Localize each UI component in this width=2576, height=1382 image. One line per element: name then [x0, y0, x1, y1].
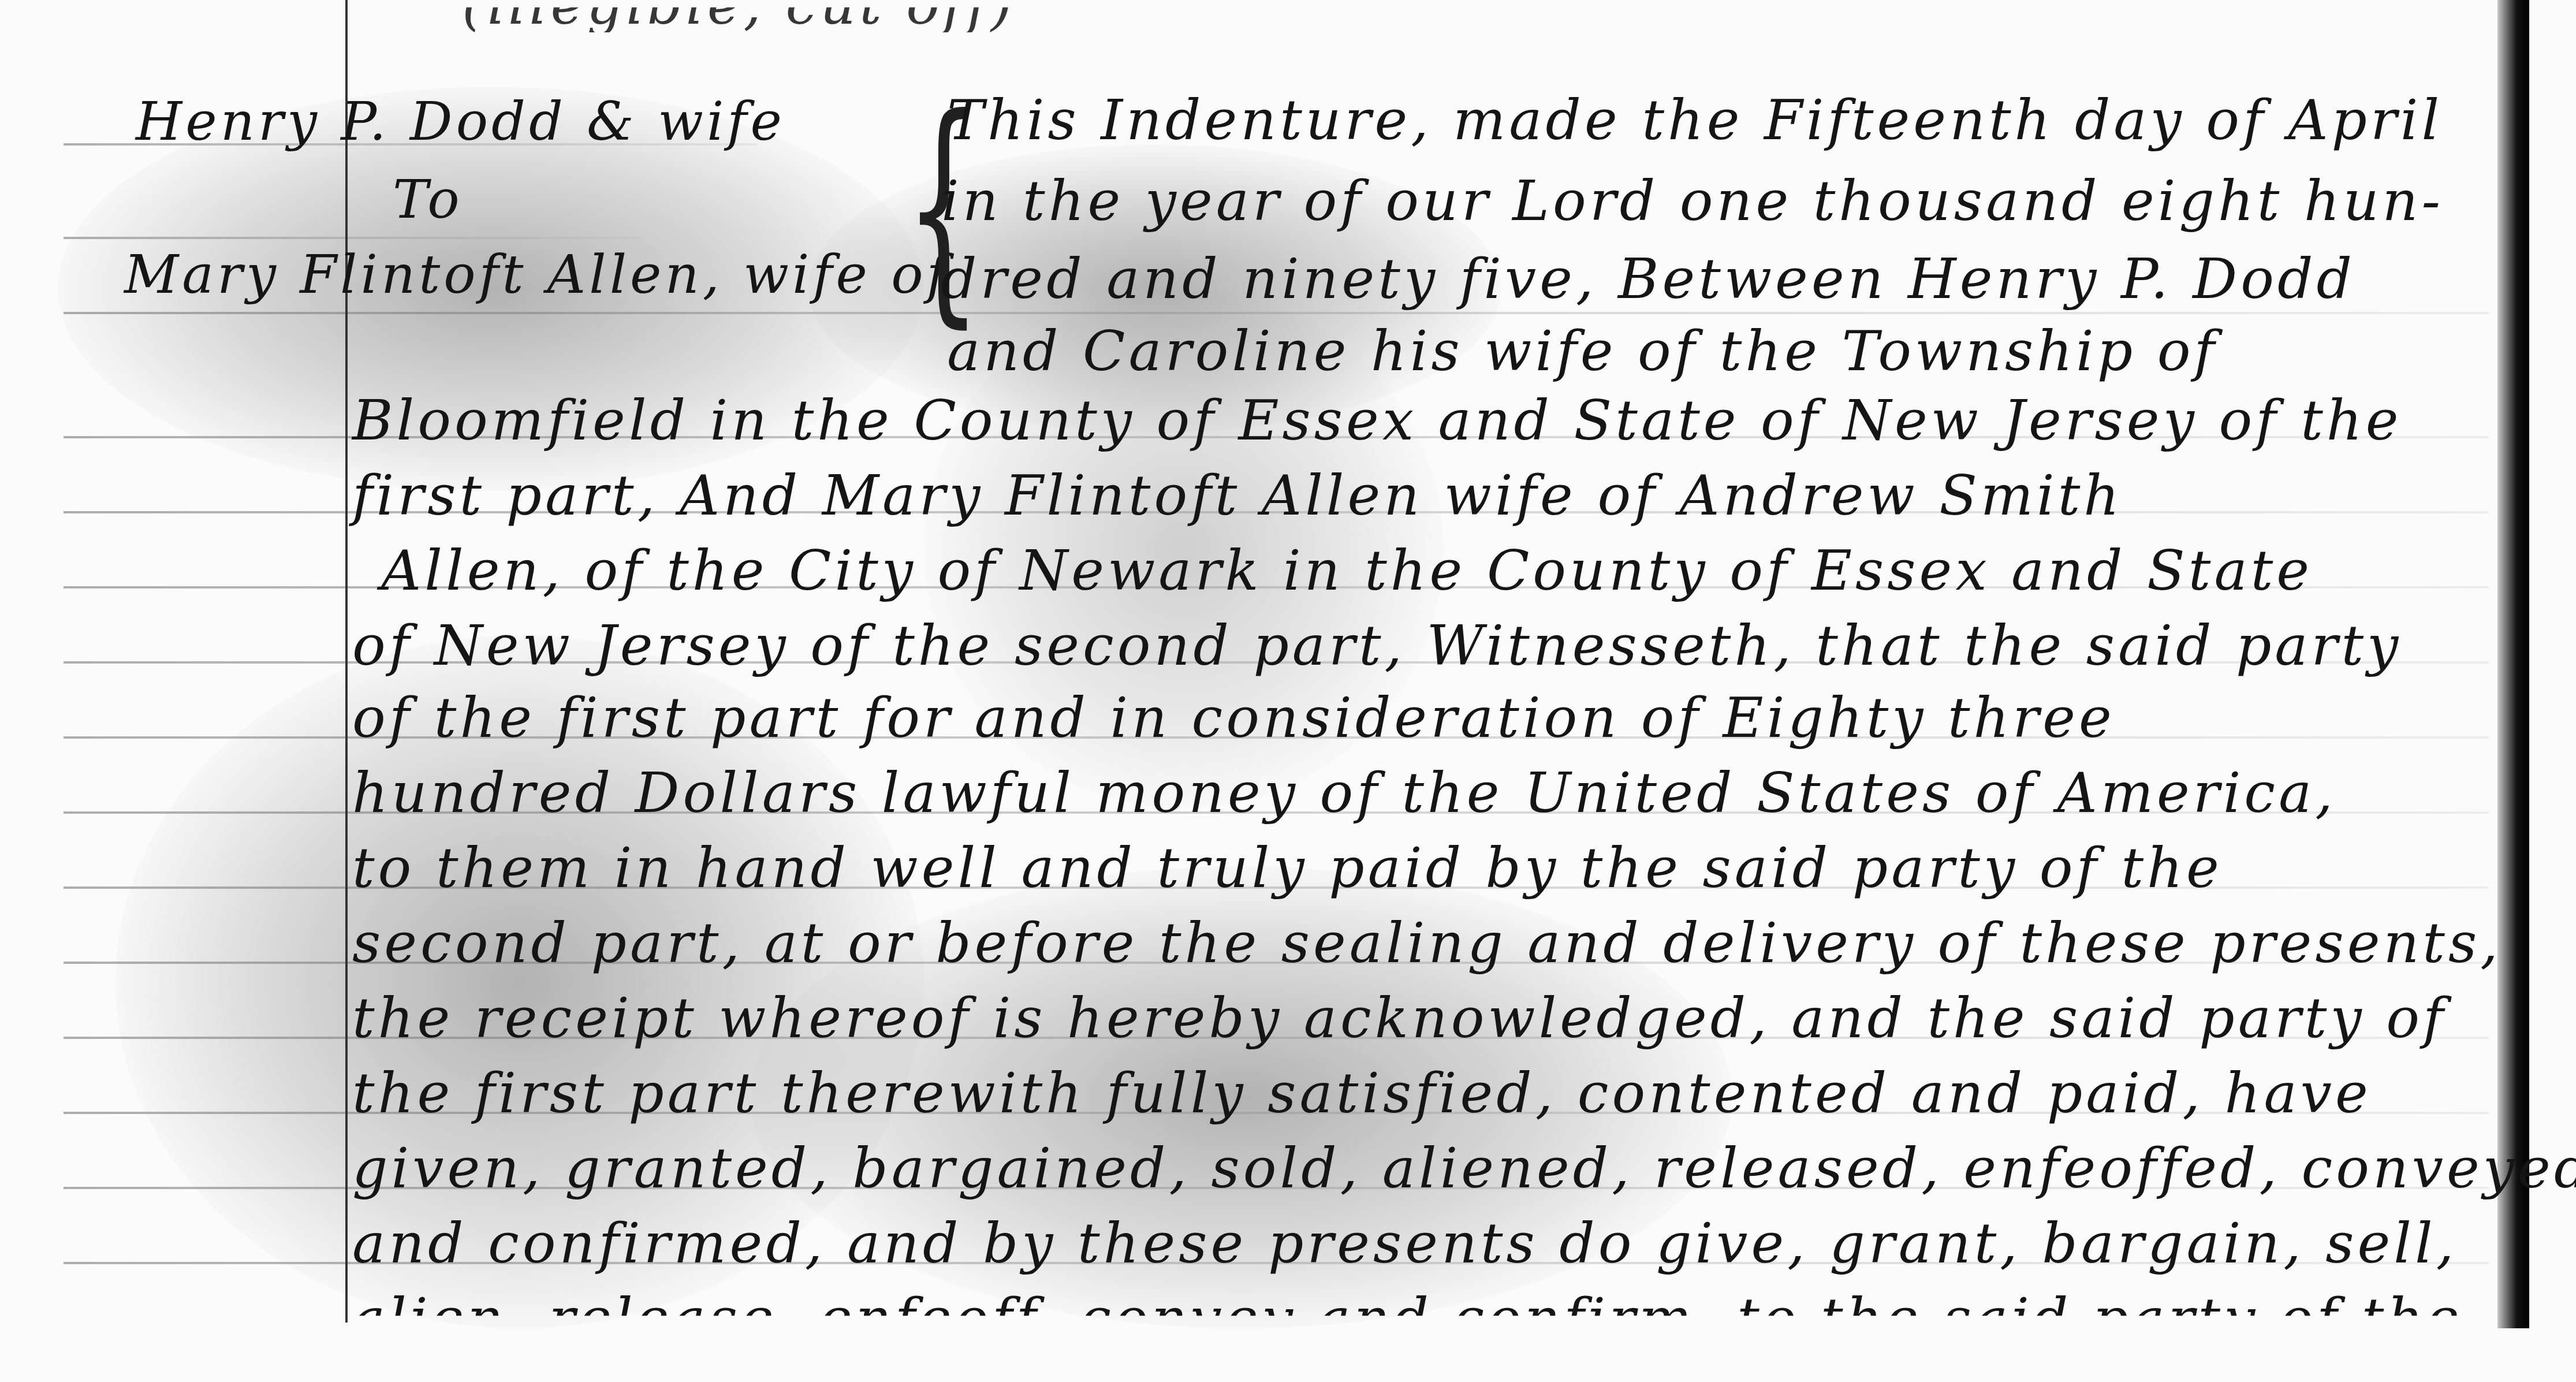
ledger-rule [64, 237, 641, 239]
ledger-rule [64, 312, 2489, 314]
margin-rule [345, 0, 348, 1323]
body-line: first part, And Mary Flintoft Allen wife… [352, 468, 2123, 523]
scan-bottom-margin [0, 1328, 2576, 1382]
body-line: dred and ninety five, Between Henry P. D… [941, 251, 2355, 307]
body-line: the receipt whereof is hereby acknowledg… [352, 990, 2447, 1046]
body-line: of New Jersey of the second part, Witnes… [352, 618, 2402, 673]
body-line: and confirmed, and by these presents do … [352, 1216, 2457, 1271]
margin-grantor: Henry P. Dodd & wife [136, 95, 785, 148]
cutoff-top-line: (illegible, cut off) [462, 0, 1016, 32]
body-line: the first part therewith fully satisfied… [352, 1066, 2372, 1121]
scanned-page: (illegible, cut off) Henry P. Dodd & wif… [0, 0, 2576, 1334]
body-line: Allen, of the City of Newark in the Coun… [381, 543, 2313, 598]
body-line: to them in hand well and truly paid by t… [352, 840, 2223, 896]
body-line: hundred Dollars lawful money of the Unit… [352, 765, 2336, 821]
body-line: and Caroline his wife of the Township of [947, 323, 2218, 379]
page-binding-edge [2497, 0, 2529, 1334]
margin-to: To [393, 173, 463, 226]
body-line: in the year of our Lord one thousand eig… [941, 173, 2444, 229]
body-line: Bloomfield in the County of Essex and St… [352, 393, 2402, 448]
body-line: second part, at or before the sealing an… [352, 915, 2502, 971]
body-line: given, granted, bargained, sold, aliened… [352, 1141, 2576, 1196]
margin-grantee: Mary Flintoft Allen, wife of [124, 248, 950, 301]
body-line: of the first part for and in considerati… [352, 690, 2115, 746]
body-line: This Indenture, made the Fifteenth day o… [947, 92, 2443, 148]
